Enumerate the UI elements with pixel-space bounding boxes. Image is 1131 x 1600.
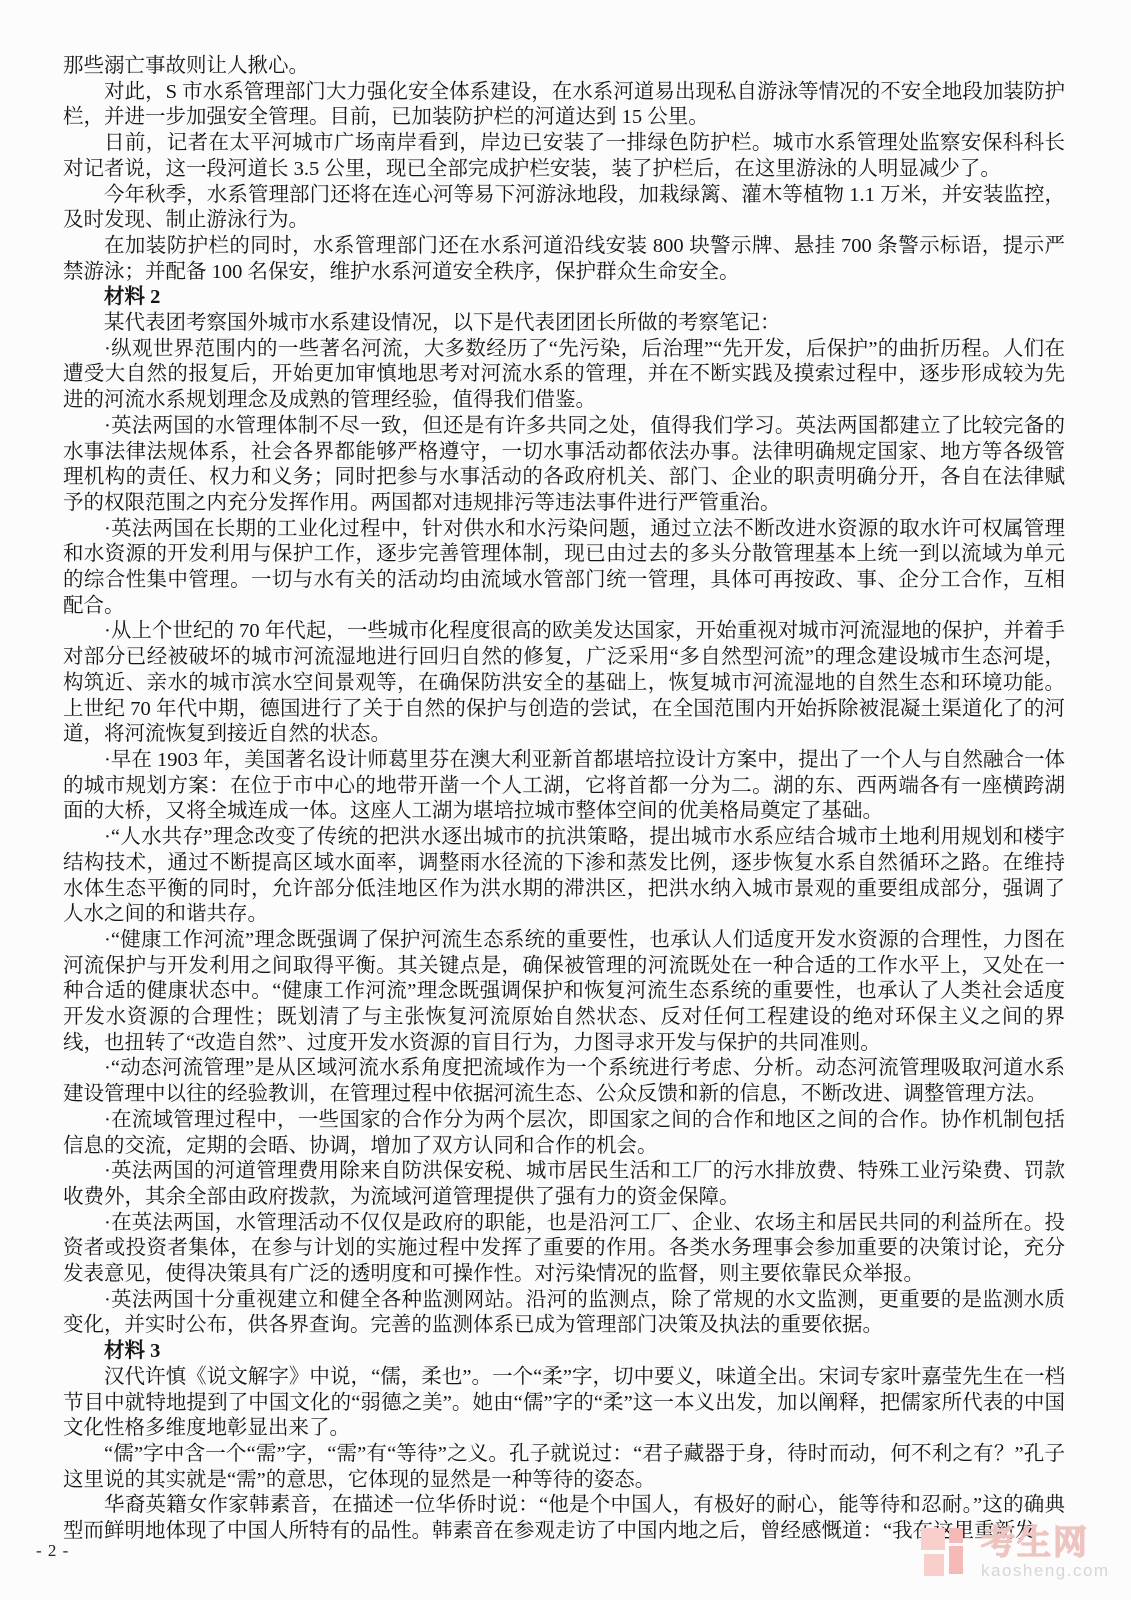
paragraph: 对此，S 市水系管理部门大力强化安全体系建设，在水系河道易出现私自游泳等情况的不… — [63, 80, 1065, 131]
paragraph: ·英法两国的水管理体制不尽一致，但还是有许多共同之处，值得我们学习。英法两国都建… — [63, 414, 1065, 517]
document-body: 那些溺亡事故则让人揪心。对此，S 市水系管理部门大力强化安全体系建设，在水系河道… — [63, 54, 1065, 1545]
paragraph: ·在流域管理过程中，一些国家的合作分为两个层次，即国家之间的合作和地区之间的合作… — [63, 1108, 1065, 1159]
kaosheng-logo-icon — [913, 1528, 975, 1582]
watermark-site-url: kaosheng.com — [981, 1562, 1113, 1580]
watermark-text: 考生网 kaosheng.com — [981, 1526, 1113, 1580]
paragraph: ·从上个世纪的 70 年代起，一些城市化程度很高的欧美发达国家，开始重视对城市河… — [63, 619, 1065, 748]
watermark: 考生网 kaosheng.com — [913, 1526, 1113, 1588]
paragraph: 汉代许慎《说文解字》中说，“儒，柔也”。一个“柔”字，切中要义，味道全出。宋词专… — [63, 1365, 1065, 1442]
paragraph: 在加装防护栏的同时，水系管理部门还在水系河道沿线安装 800 块警示牌、悬挂 7… — [63, 234, 1065, 285]
paragraph: ·早在 1903 年，美国著名设计师葛里芬在澳大利亚新首都堪培拉设计方案中，提出… — [63, 748, 1065, 825]
paragraph: ·英法两国在长期的工业化过程中，针对供水和水污染问题，通过立法不断改进水资源的取… — [63, 517, 1065, 620]
paragraph: ·英法两国的河道管理费用除来自防洪保安税、城市居民生活和工厂的污水排放费、特殊工… — [63, 1159, 1065, 1210]
paragraph: 日前，记者在太平河城市广场南岸看到，岸边已安装了一排绿色防护栏。城市水系管理处监… — [63, 131, 1065, 182]
paragraph: ·“健康工作河流”理念既强调了保护河流生态系统的重要性，也承认人们适度开发水资源… — [63, 928, 1065, 1057]
section-heading: 材料 2 — [63, 285, 1065, 311]
paragraph: 今年秋季，水系管理部门还将在连心河等易下河游泳地段，加栽绿篱、灌木等植物 1.1… — [63, 183, 1065, 234]
logo-block — [949, 1528, 963, 1543]
watermark-site-name: 考生网 — [981, 1526, 1113, 1560]
paragraph: ·纵观世界范围内的一些著名河流，大多数经历了“先污染，后治理”“先开发，后保护”… — [63, 337, 1065, 414]
document-page: 那些溺亡事故则让人揪心。对此，S 市水系管理部门大力强化安全体系建设，在水系河道… — [0, 0, 1131, 1600]
logo-block — [949, 1546, 963, 1574]
page-number: - 2 - — [36, 1541, 69, 1561]
paragraph: 那些溺亡事故则让人揪心。 — [63, 54, 1065, 80]
paragraph: ·“人水共存”理念改变了传统的把洪水逐出城市的抗洪策略，提出城市水系应结合城市土… — [63, 825, 1065, 928]
logo-block — [921, 1528, 945, 1550]
paragraph: ·英法两国十分重视建立和健全各种监测网站。沿河的监测点，除了常规的水文监测，更重… — [63, 1288, 1065, 1339]
paragraph: 某代表团考察国外城市水系建设情况，以下是代表团团长所做的考察笔记： — [63, 311, 1065, 337]
logo-block — [924, 1554, 944, 1576]
paragraph: ·在英法两国，水管理活动不仅仅是政府的职能，也是沿河工厂、企业、农场主和居民共同… — [63, 1211, 1065, 1288]
paragraph: “儒”字中含一个“需”字，“需”有“等待”之义。孔子就说过：“君子藏器于身，待时… — [63, 1442, 1065, 1493]
section-heading: 材料 3 — [63, 1339, 1065, 1365]
paragraph: ·“动态河流管理”是从区域河流水系角度把流域作为一个系统进行考虑、分析。动态河流… — [63, 1056, 1065, 1107]
